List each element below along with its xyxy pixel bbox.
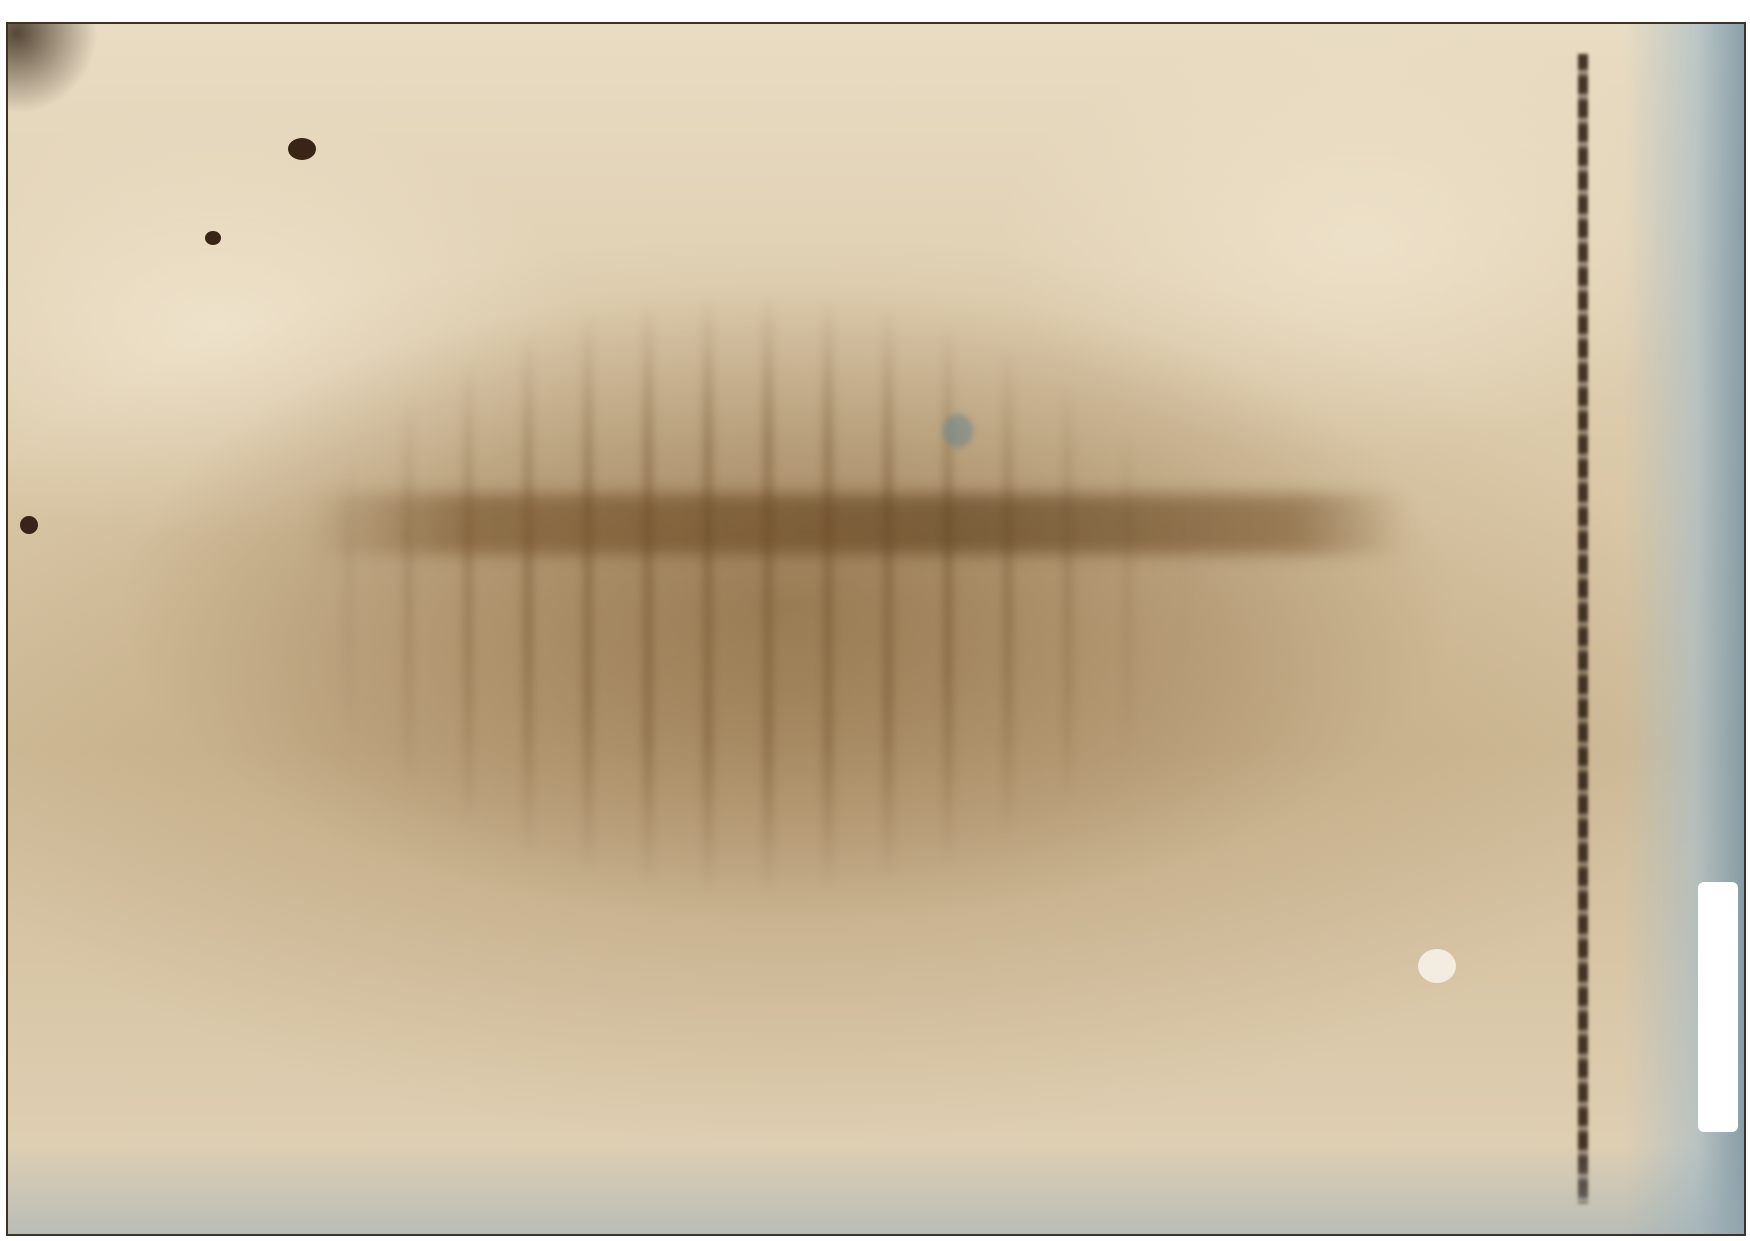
dark-spot (20, 516, 38, 534)
horizontal-stain-band (308, 494, 1408, 554)
dark-spot (288, 138, 316, 160)
dark-spot (205, 231, 221, 245)
bottom-blue-wash (8, 1144, 1744, 1234)
fold-line (1578, 54, 1588, 1204)
blue-stain-spot (943, 414, 973, 448)
torn-white-patch (1698, 882, 1738, 1132)
vertical-stain-stripes (298, 294, 1198, 894)
light-spot (1418, 949, 1456, 983)
stained-paper (6, 22, 1746, 1236)
corner-mold-stain (8, 24, 98, 114)
